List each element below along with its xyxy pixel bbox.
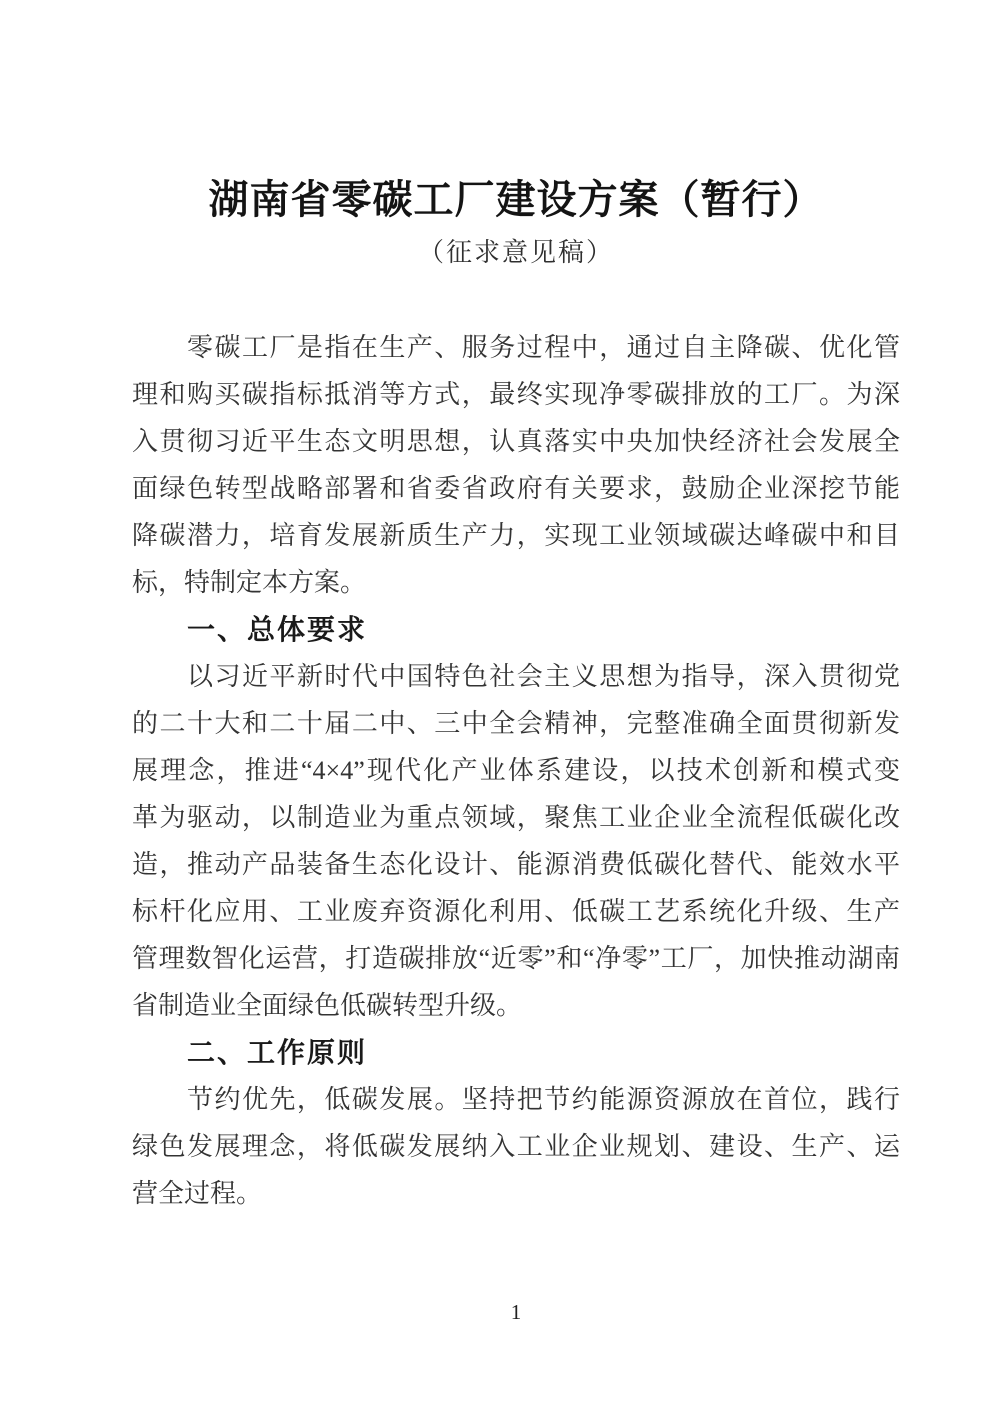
body-paragraph: 节约优先，低碳发展。坚持把节约能源资源放在首位，践行绿色发展理念，将低碳发展纳入… [132, 1076, 900, 1217]
body-paragraph: 以习近平新时代中国特色社会主义思想为指导，深入贯彻党的二十大和二十届二中、三中全… [132, 653, 900, 1029]
text-line: 以习近平新时代中国特色社会主义思想为指导，深入贯彻党 [132, 653, 900, 700]
text-line: 展理念，推进“4×4”现代化产业体系建设，以技术创新和模式变 [132, 747, 900, 794]
document-page: 湖南省零碳工厂建设方案（暂行） （征求意见稿） 零碳工厂是指在生产、服务过程中，… [0, 0, 1000, 1414]
section-heading: 一、总体要求 [132, 606, 900, 653]
text-line: 降碳潜力，培育发展新质生产力，实现工业领域碳达峰碳中和目 [132, 512, 900, 559]
document-body: 零碳工厂是指在生产、服务过程中，通过自主降碳、优化管理和购买碳指标抵消等方式，最… [132, 324, 900, 1217]
text-line: 造，推动产品装备生态化设计、能源消费低碳化替代、能效水平 [132, 841, 900, 888]
text-line: 革为驱动，以制造业为重点领域，聚焦工业企业全流程低碳化改 [132, 794, 900, 841]
body-paragraph: 零碳工厂是指在生产、服务过程中，通过自主降碳、优化管理和购买碳指标抵消等方式，最… [132, 324, 900, 606]
text-line: 面绿色转型战略部署和省委省政府有关要求，鼓励企业深挖节能 [132, 465, 900, 512]
text-line: 的二十大和二十届二中、三中全会精神，完整准确全面贯彻新发 [132, 700, 900, 747]
document-subtitle: （征求意见稿） [132, 236, 900, 270]
text-line: 省制造业全面绿色低碳转型升级。 [132, 982, 900, 1029]
text-line: 入贯彻习近平生态文明思想，认真落实中央加快经济社会发展全 [132, 418, 900, 465]
text-line: 营全过程。 [132, 1170, 900, 1217]
text-line: 标，特制定本方案。 [132, 559, 900, 606]
text-line: 零碳工厂是指在生产、服务过程中，通过自主降碳、优化管 [132, 324, 900, 371]
page-number: 1 [511, 1300, 522, 1324]
text-line: 标杆化应用、工业废弃资源化利用、低碳工艺系统化升级、生产 [132, 888, 900, 935]
text-line: 节约优先，低碳发展。坚持把节约能源资源放在首位，践行 [132, 1076, 900, 1123]
text-line: 管理数智化运营，打造碳排放“近零”和“净零”工厂，加快推动湖南 [132, 935, 900, 982]
document-title: 湖南省零碳工厂建设方案（暂行） [132, 0, 900, 224]
section-heading: 二、工作原则 [132, 1029, 900, 1076]
text-line: 绿色发展理念，将低碳发展纳入工业企业规划、建设、生产、运 [132, 1123, 900, 1170]
text-line: 理和购买碳指标抵消等方式，最终实现净零碳排放的工厂。为深 [132, 371, 900, 418]
page-footer: 1 [132, 1300, 900, 1325]
document-content: 湖南省零碳工厂建设方案（暂行） （征求意见稿） 零碳工厂是指在生产、服务过程中，… [132, 0, 900, 1217]
